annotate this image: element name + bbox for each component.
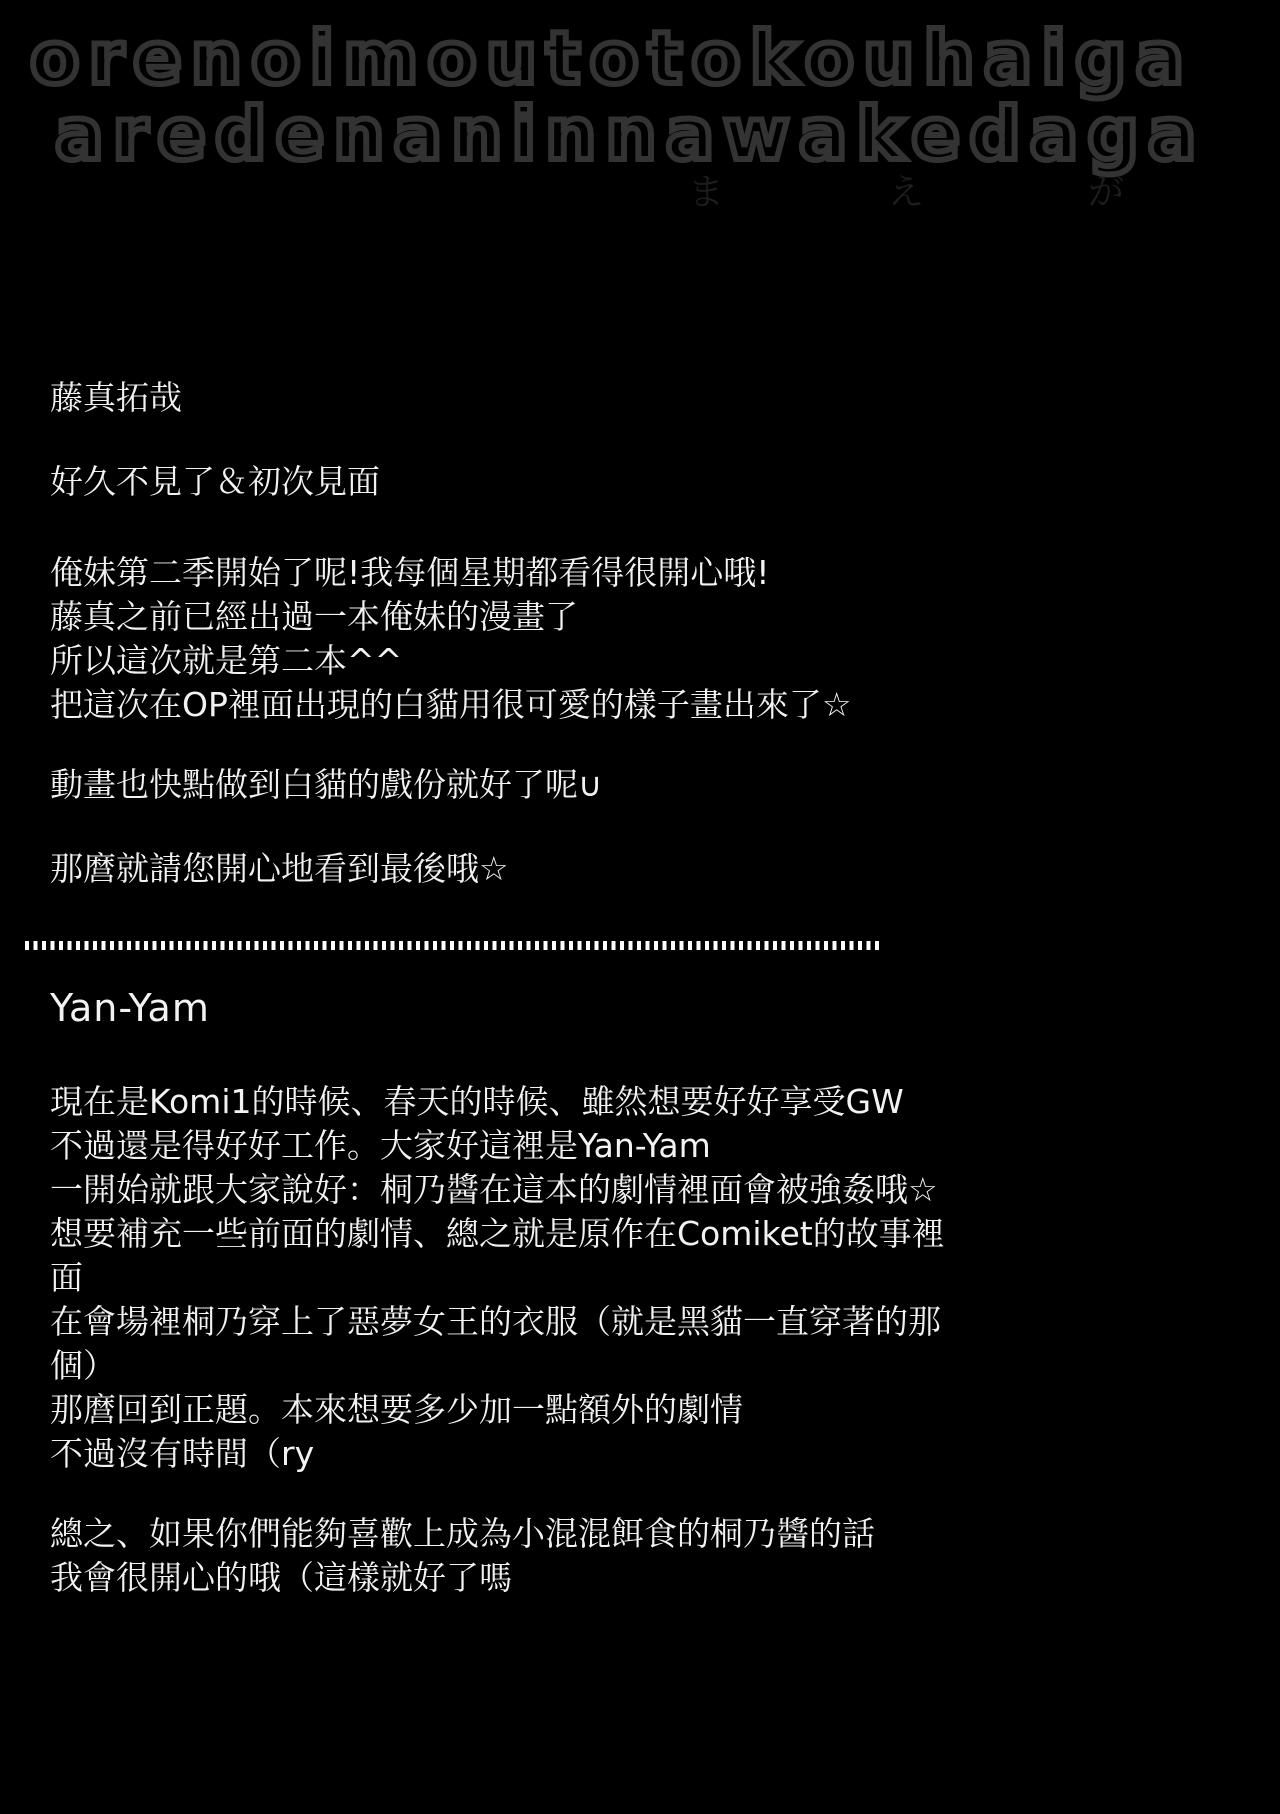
afterword-line: 俺妹第二季開始了呢!我每個星期都看得很開心哦!	[50, 551, 851, 595]
afterword-line: 藤真之前已經出過一本俺妹的漫畫了	[50, 595, 851, 639]
afterword-line: 面	[50, 1256, 945, 1300]
fujima-section: 藤真拓哉 好久不見了＆初次見面 俺妹第二季開始了呢!我每個星期都看得很開心哦! …	[50, 376, 851, 891]
romaji-title-line1: orenoimoutotokouhaiga	[30, 22, 1193, 94]
afterword-page: orenoimoutotokouhaiga aredenaninnawakeda…	[0, 0, 1280, 1814]
afterword-line: 不過沒有時間（ry	[50, 1432, 945, 1476]
afterword-line: 那麿就請您開心地看到最後哦☆	[50, 847, 851, 891]
afterword-line: 所以這次就是第二本^^	[50, 639, 851, 683]
romaji-title-line2: aredenaninnawakedaga	[55, 98, 1205, 170]
afterword-line: 個）	[50, 1344, 945, 1388]
dotted-separator	[25, 941, 880, 950]
afterword-line: 不過還是得好好工作。大家好這裡是Yan-Yam	[50, 1124, 945, 1168]
afterword-line: 把這次在OP裡面出現的白貓用很可愛的樣子畫出來了☆	[50, 683, 851, 727]
greeting-line: 好久不見了＆初次見面	[50, 460, 851, 504]
yanyam-section: Yan-Yam 現在是Komi1的時候、春天的時候、雖然想要好好享受GW 不過還…	[50, 984, 945, 1600]
afterword-line: 動畫也快點做到白貓的戲份就好了呢∪	[50, 763, 851, 807]
afterword-line: 在會場裡桐乃穿上了惡夢女王的衣服（就是黑貓一直穿著的那	[50, 1300, 945, 1344]
maegaki-heading: ま え が き	[688, 164, 1280, 215]
author-name: 藤真拓哉	[50, 376, 851, 420]
afterword-line: 想要補充一些前面的劇情、總之就是原作在Comiket的故事裡	[50, 1212, 945, 1256]
afterword-line: 現在是Komi1的時候、春天的時候、雖然想要好好享受GW	[50, 1080, 945, 1124]
afterword-line: 一開始就跟大家說好：桐乃醬在這本的劇情裡面會被強姦哦☆	[50, 1168, 945, 1212]
afterword-line: 總之、如果你們能夠喜歡上成為小混混餌食的桐乃醬的話	[50, 1512, 945, 1556]
afterword-line: 我會很開心的哦（這樣就好了嗎	[50, 1556, 945, 1600]
author-name: Yan-Yam	[50, 984, 945, 1032]
afterword-line: 那麿回到正題。本來想要多少加一點額外的劇情	[50, 1388, 945, 1432]
